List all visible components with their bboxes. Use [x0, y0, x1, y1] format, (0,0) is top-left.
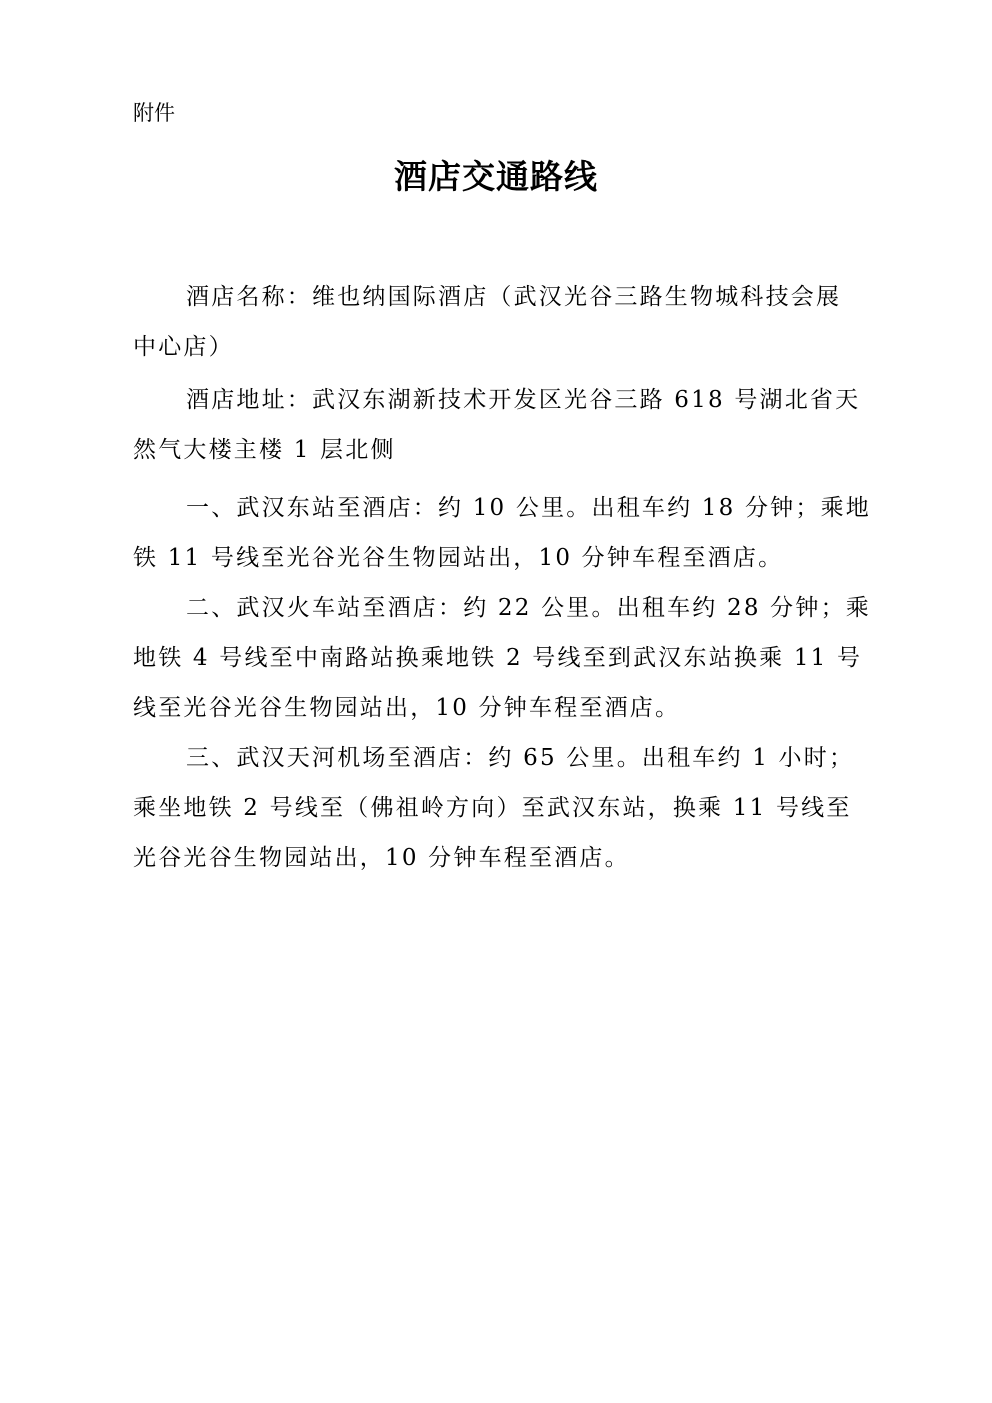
text-line: 酒店地址：武汉东湖新技术开发区光谷三路 618 号湖北省天 — [186, 385, 860, 415]
document-title: 酒店交通路线 — [0, 155, 992, 199]
text-line: 二、武汉火车站至酒店：约 22 公里。出租车约 28 分钟；乘 — [186, 593, 871, 623]
text-line: 一、武汉东站至酒店：约 10 公里。出租车约 18 分钟；乘地 — [186, 493, 871, 523]
text-line: 乘坐地铁 2 号线至（佛祖岭方向）至武汉东站，换乘 11 号线至 — [133, 793, 852, 823]
text-line: 酒店名称：维也纳国际酒店（武汉光谷三路生物城科技会展 — [186, 282, 841, 312]
text-line: 线至光谷光谷生物园站出，10 分钟车程至酒店。 — [133, 693, 680, 723]
text-line: 地铁 4 号线至中南路站换乘地铁 2 号线至到武汉东站换乘 11 号 — [133, 643, 862, 673]
text-line: 然气大楼主楼 1 层北侧 — [133, 435, 396, 465]
text-line: 中心店） — [133, 332, 234, 362]
text-line: 光谷光谷生物园站出，10 分钟车程至酒店。 — [133, 843, 630, 873]
attachment-label: 附件 — [133, 99, 175, 127]
text-line: 三、武汉天河机场至酒店：约 65 公里。出租车约 1 小时； — [186, 743, 854, 773]
text-line: 铁 11 号线至光谷光谷生物园站出，10 分钟车程至酒店。 — [133, 543, 783, 573]
